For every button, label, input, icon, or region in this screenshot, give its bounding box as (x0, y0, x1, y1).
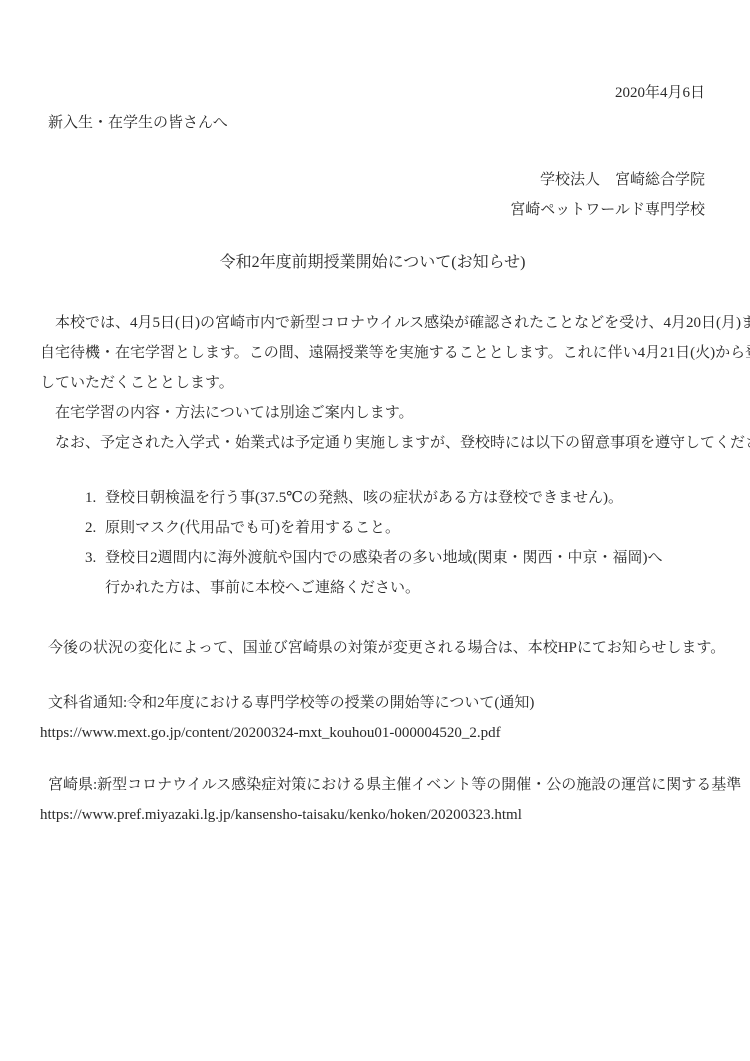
reference-mext-url: https://www.mext.go.jp/content/20200324-… (40, 718, 705, 748)
list-item-1-text: 登校日朝検温を行う事(37.5℃の発熱、咳の症状がある方は登校できません)。 (105, 490, 623, 506)
list-item-3-number: 3. (85, 543, 105, 573)
list-item-1-number: 1. (85, 483, 105, 513)
list-item-2-number: 2. (85, 513, 105, 543)
body-paragraph-3: なお、予定された入学式・始業式は予定通り実施しますが、登校時には以下の留意事項を… (40, 428, 705, 458)
addressee-line: 新入生・在学生の皆さんへ (40, 108, 705, 138)
reference-mext-label: 文科省通知:令和2年度における専門学校等の授業の開始等について(通知) (40, 688, 705, 718)
reference-miyazaki-url: https://www.pref.miyazaki.lg.jp/kansensh… (40, 800, 705, 830)
paragraph-1-line-3: していただくこととします。 (40, 368, 705, 398)
body-paragraph-2: 在宅学習の内容・方法については別途ご案内します。 (40, 398, 705, 428)
list-item-3-text: 登校日2週間内に海外渡航や国内での感染者の多い地域(関東・関西・中京・福岡)へ (105, 550, 663, 566)
sender-school: 宮崎ペットワールド専門学校 (40, 195, 705, 225)
notice-list-item-1: 1.登校日朝検温を行う事(37.5℃の発熱、咳の症状がある方は登校できません)。 (40, 483, 705, 513)
notice-list: 1.登校日朝検温を行う事(37.5℃の発熱、咳の症状がある方は登校できません)。… (40, 483, 705, 603)
sender-block: 学校法人 宮崎総合学院 宮崎ペットワールド専門学校 (40, 165, 705, 225)
document-page: 2020年4月6日 新入生・在学生の皆さんへ 学校法人 宮崎総合学院 宮崎ペット… (0, 0, 750, 1061)
body-paragraph-1: 本校では、4月5日(日)の宮崎市内で新型コロナウイルス感染が確認されたことなどを… (40, 308, 705, 458)
notice-list-item-3-continuation: 行かれた方は、事前に本校へご連絡ください。 (40, 573, 705, 603)
paragraph-1-line-2: 自宅待機・在宅学習とします。この間、遠隔授業等を実施することとします。これに伴い… (40, 338, 705, 368)
paragraph-1-line-1: 本校では、4月5日(日)の宮崎市内で新型コロナウイルス感染が確認されたことなどを… (40, 308, 705, 338)
document-title: 令和2年度前期授業開始について(お知らせ) (40, 248, 705, 278)
reference-miyazaki: 宮崎県:新型コロナウイルス感染症対策における県主催イベント等の開催・公の施設の運… (40, 770, 705, 830)
closing-statement: 今後の状況の変化によって、国並び宮崎県の対策が変更される場合は、本校HPにてお知… (40, 633, 705, 663)
notice-list-item-2: 2.原則マスク(代用品でも可)を着用すること。 (40, 513, 705, 543)
reference-miyazaki-label: 宮崎県:新型コロナウイルス感染症対策における県主催イベント等の開催・公の施設の運… (40, 770, 705, 800)
list-item-2-text: 原則マスク(代用品でも可)を着用すること。 (105, 520, 400, 536)
sender-organization: 学校法人 宮崎総合学院 (40, 165, 705, 195)
notice-list-item-3: 3.登校日2週間内に海外渡航や国内での感染者の多い地域(関東・関西・中京・福岡)… (40, 543, 705, 573)
reference-mext: 文科省通知:令和2年度における専門学校等の授業の開始等について(通知) http… (40, 688, 705, 748)
document-date: 2020年4月6日 (40, 78, 705, 108)
